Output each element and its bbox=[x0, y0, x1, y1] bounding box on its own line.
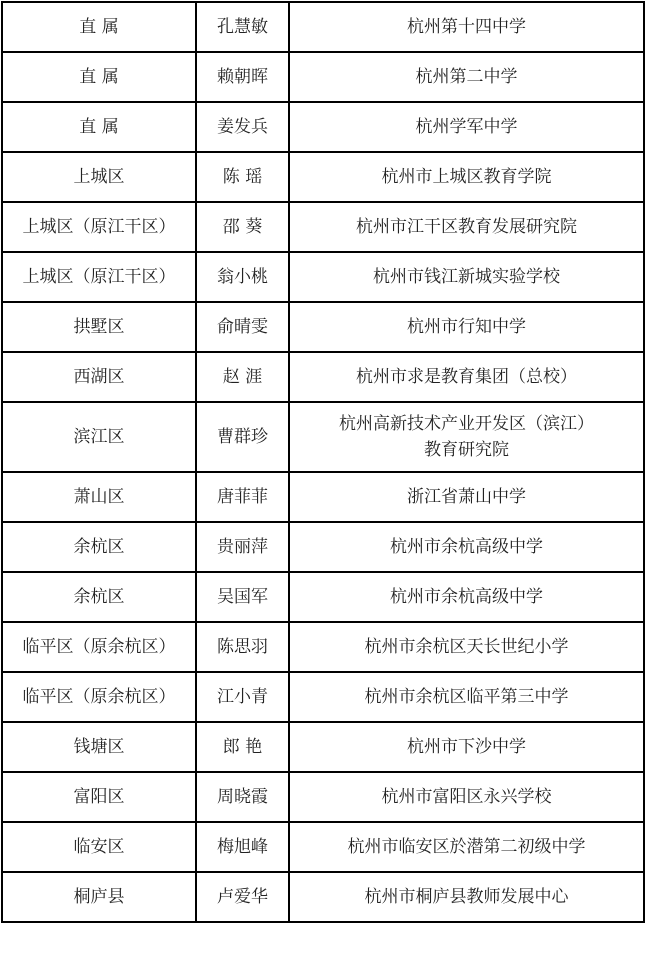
name-cell: 周晓霞 bbox=[196, 772, 289, 822]
school-cell: 杭州市临安区於潜第二初级中学 bbox=[289, 822, 644, 872]
name-cell: 翁小桃 bbox=[196, 252, 289, 302]
school-cell: 杭州市富阳区永兴学校 bbox=[289, 772, 644, 822]
name-cell: 陈 瑶 bbox=[196, 152, 289, 202]
school-cell: 杭州市余杭高级中学 bbox=[289, 522, 644, 572]
school-cell: 杭州第十四中学 bbox=[289, 2, 644, 52]
district-cell: 钱塘区 bbox=[2, 722, 196, 772]
district-cell: 直 属 bbox=[2, 52, 196, 102]
district-cell: 余杭区 bbox=[2, 522, 196, 572]
table-row: 萧山区 唐菲菲 浙江省萧山中学 bbox=[2, 472, 644, 522]
table-row: 上城区（原江干区） 邵 葵 杭州市江干区教育发展研究院 bbox=[2, 202, 644, 252]
name-cell: 邵 葵 bbox=[196, 202, 289, 252]
name-cell: 吴国军 bbox=[196, 572, 289, 622]
table-row: 富阳区 周晓霞 杭州市富阳区永兴学校 bbox=[2, 772, 644, 822]
district-cell: 临平区（原余杭区） bbox=[2, 672, 196, 722]
school-cell: 杭州市下沙中学 bbox=[289, 722, 644, 772]
school-line: 教育研究院 bbox=[292, 437, 641, 463]
table-row: 余杭区 吴国军 杭州市余杭高级中学 bbox=[2, 572, 644, 622]
district-cell: 上城区（原江干区） bbox=[2, 202, 196, 252]
roster-table: 直 属 孔慧敏 杭州第十四中学 直 属 赖朝晖 杭州第二中学 直 属 姜发兵 杭… bbox=[1, 1, 645, 923]
name-cell: 梅旭峰 bbox=[196, 822, 289, 872]
district-cell: 临平区（原余杭区） bbox=[2, 622, 196, 672]
school-cell: 杭州市余杭高级中学 bbox=[289, 572, 644, 622]
school-cell: 杭州市桐庐县教师发展中心 bbox=[289, 872, 644, 922]
school-cell: 杭州市行知中学 bbox=[289, 302, 644, 352]
district-cell: 临安区 bbox=[2, 822, 196, 872]
name-cell: 陈思羽 bbox=[196, 622, 289, 672]
district-cell: 上城区 bbox=[2, 152, 196, 202]
table-row: 临安区 梅旭峰 杭州市临安区於潜第二初级中学 bbox=[2, 822, 644, 872]
school-cell: 杭州市钱江新城实验学校 bbox=[289, 252, 644, 302]
name-cell: 江小青 bbox=[196, 672, 289, 722]
school-line: 杭州高新技术产业开发区（滨江） bbox=[292, 411, 641, 437]
district-cell: 拱墅区 bbox=[2, 302, 196, 352]
table-row: 上城区（原江干区） 翁小桃 杭州市钱江新城实验学校 bbox=[2, 252, 644, 302]
table-row: 滨江区 曹群珍 杭州高新技术产业开发区（滨江） 教育研究院 bbox=[2, 402, 644, 472]
name-cell: 姜发兵 bbox=[196, 102, 289, 152]
table-row: 直 属 姜发兵 杭州学军中学 bbox=[2, 102, 644, 152]
district-cell: 西湖区 bbox=[2, 352, 196, 402]
name-cell: 俞晴雯 bbox=[196, 302, 289, 352]
table-row: 钱塘区 郎 艳 杭州市下沙中学 bbox=[2, 722, 644, 772]
school-cell: 杭州市余杭区天长世纪小学 bbox=[289, 622, 644, 672]
school-cell: 杭州市江干区教育发展研究院 bbox=[289, 202, 644, 252]
table-row: 临平区（原余杭区） 陈思羽 杭州市余杭区天长世纪小学 bbox=[2, 622, 644, 672]
school-cell: 杭州市余杭区临平第三中学 bbox=[289, 672, 644, 722]
name-cell: 郎 艳 bbox=[196, 722, 289, 772]
table-row: 桐庐县 卢爱华 杭州市桐庐县教师发展中心 bbox=[2, 872, 644, 922]
name-cell: 贵丽萍 bbox=[196, 522, 289, 572]
name-cell: 曹群珍 bbox=[196, 402, 289, 472]
district-cell: 直 属 bbox=[2, 2, 196, 52]
name-cell: 孔慧敏 bbox=[196, 2, 289, 52]
table-row: 临平区（原余杭区） 江小青 杭州市余杭区临平第三中学 bbox=[2, 672, 644, 722]
district-cell: 余杭区 bbox=[2, 572, 196, 622]
school-cell: 杭州学军中学 bbox=[289, 102, 644, 152]
school-cell: 杭州市上城区教育学院 bbox=[289, 152, 644, 202]
school-cell: 杭州高新技术产业开发区（滨江） 教育研究院 bbox=[289, 402, 644, 472]
name-cell: 赖朝晖 bbox=[196, 52, 289, 102]
district-cell: 滨江区 bbox=[2, 402, 196, 472]
school-cell: 浙江省萧山中学 bbox=[289, 472, 644, 522]
table-row: 余杭区 贵丽萍 杭州市余杭高级中学 bbox=[2, 522, 644, 572]
table-row: 直 属 赖朝晖 杭州第二中学 bbox=[2, 52, 644, 102]
name-cell: 唐菲菲 bbox=[196, 472, 289, 522]
table-row: 西湖区 赵 涯 杭州市求是教育集团（总校） bbox=[2, 352, 644, 402]
name-cell: 卢爱华 bbox=[196, 872, 289, 922]
district-cell: 桐庐县 bbox=[2, 872, 196, 922]
district-cell: 萧山区 bbox=[2, 472, 196, 522]
table-row: 直 属 孔慧敏 杭州第十四中学 bbox=[2, 2, 644, 52]
name-cell: 赵 涯 bbox=[196, 352, 289, 402]
district-cell: 富阳区 bbox=[2, 772, 196, 822]
school-cell: 杭州市求是教育集团（总校） bbox=[289, 352, 644, 402]
school-cell: 杭州第二中学 bbox=[289, 52, 644, 102]
table-row: 拱墅区 俞晴雯 杭州市行知中学 bbox=[2, 302, 644, 352]
table-row: 上城区 陈 瑶 杭州市上城区教育学院 bbox=[2, 152, 644, 202]
district-cell: 上城区（原江干区） bbox=[2, 252, 196, 302]
district-cell: 直 属 bbox=[2, 102, 196, 152]
